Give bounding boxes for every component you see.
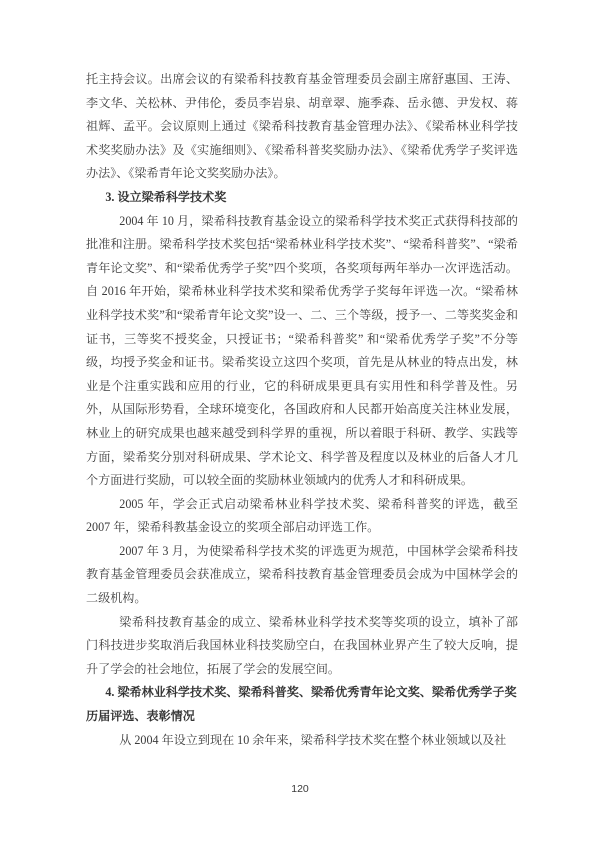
paragraph: 2005 年，学会正式启动梁希林业科学技术奖、梁希科普奖的评选，截至 2007 …: [86, 493, 518, 540]
paragraph: 2004 年 10 月，梁希科技教育基金设立的梁希科学技术奖正式获得科技部的批准…: [86, 210, 518, 493]
section-heading: 3. 设立梁希科学技术奖: [86, 186, 518, 210]
paragraph: 托主持会议。出席会议的有梁希科技教育基金管理委员会副主席舒惠国、王涛、李文华、关…: [86, 68, 518, 186]
paragraph: 从 2004 年设立到现在 10 余年来，梁希科学技术奖在整个林业领域以及社: [86, 729, 518, 753]
section-heading: 4. 梁希林业科学技术奖、梁希科普奖、梁希优秀青年论文奖、梁希优秀学子奖历届评选…: [86, 681, 518, 728]
paragraph: 梁希科技教育基金的成立、梁希林业科学技术奖等奖项的设立，填补了部门科技进步奖取消…: [86, 611, 518, 682]
page-number: 120: [0, 783, 600, 795]
document-page: 托主持会议。出席会议的有梁希科技教育基金管理委员会副主席舒惠国、王涛、李文华、关…: [0, 0, 600, 848]
document-body: 托主持会议。出席会议的有梁希科技教育基金管理委员会副主席舒惠国、王涛、李文华、关…: [86, 68, 518, 752]
paragraph: 2007 年 3 月，为使梁希科学技术奖的评选更为规范，中国林学会梁希科技教育基…: [86, 540, 518, 611]
